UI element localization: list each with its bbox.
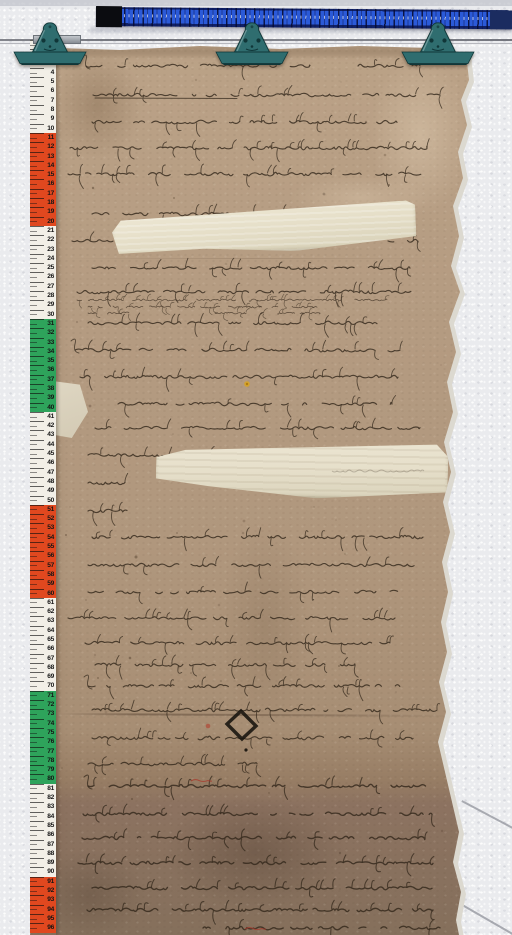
ruler-number: 78 xyxy=(47,757,54,764)
ruler-number: 95 xyxy=(47,915,54,922)
ruler-cell-28: 28 xyxy=(30,291,56,300)
ruler-number: 61 xyxy=(47,599,54,606)
ruler-number: 90 xyxy=(47,868,54,875)
fold-crease xyxy=(60,258,440,259)
ruler-number: 13 xyxy=(47,153,54,160)
ruler-cell-72: 72 xyxy=(30,700,56,709)
ruler-cell-94: 94 xyxy=(30,905,56,914)
manuscript-paper xyxy=(0,0,512,935)
ruler-number: 32 xyxy=(47,329,54,336)
ruler-number: 53 xyxy=(47,524,54,531)
ruler-cell-46: 46 xyxy=(30,458,56,467)
ruler-cell-4: 4 xyxy=(30,68,56,77)
ruler-number: 71 xyxy=(47,692,54,699)
ruler-number: 69 xyxy=(47,673,54,680)
ruler-number: 46 xyxy=(47,459,54,466)
ruler-number: 4 xyxy=(51,69,54,76)
ruler-number: 87 xyxy=(47,841,54,848)
ruler-cell-9: 9 xyxy=(30,114,56,123)
ruler-number: 38 xyxy=(47,385,54,392)
fold-crease xyxy=(58,713,456,717)
ruler-cell-96: 96 xyxy=(30,923,56,932)
ruler-cell-63: 63 xyxy=(30,616,56,625)
photo-scene: 1234567891011121314151617181920212223242… xyxy=(0,0,512,935)
ruler-cell-69: 69 xyxy=(30,672,56,681)
ruler-number: 12 xyxy=(47,143,54,150)
ruler-number: 60 xyxy=(47,590,54,597)
handwriting-layer xyxy=(0,0,512,935)
ruler-number: 75 xyxy=(47,729,54,736)
ruler-number: 28 xyxy=(47,292,54,299)
ruler-number: 7 xyxy=(51,97,54,104)
ruler-number: 73 xyxy=(47,710,54,717)
ruler-number: 22 xyxy=(47,236,54,243)
ruler-cell-10: 10 xyxy=(30,124,56,133)
ruler-cell-36: 36 xyxy=(30,365,56,374)
ruler-number: 92 xyxy=(47,887,54,894)
ruler-number: 18 xyxy=(47,199,54,206)
ruler-number: 72 xyxy=(47,701,54,708)
ruler-cell-62: 62 xyxy=(30,607,56,616)
ruler-cell-34: 34 xyxy=(30,347,56,356)
ruler-cell-6: 6 xyxy=(30,86,56,95)
ruler-cell-37: 37 xyxy=(30,375,56,384)
ruler-number: 43 xyxy=(47,431,54,438)
ruler-cell-24: 24 xyxy=(30,254,56,263)
ruler-number: 44 xyxy=(47,441,54,448)
ruler-number: 16 xyxy=(47,180,54,187)
ruler-cell-21: 21 xyxy=(30,226,56,235)
ruler-number: 42 xyxy=(47,422,54,429)
ruler-cell-32: 32 xyxy=(30,328,56,337)
ruler-number: 64 xyxy=(47,627,54,634)
ruler-cell-29: 29 xyxy=(30,300,56,309)
ruler-number: 83 xyxy=(47,803,54,810)
ruler-cell-95: 95 xyxy=(30,914,56,923)
ruler-cell-71: 71 xyxy=(30,691,56,700)
ruler-number: 55 xyxy=(47,543,54,550)
ruler-cell-64: 64 xyxy=(30,626,56,635)
ruler-number: 26 xyxy=(47,273,54,280)
ruler-number: 52 xyxy=(47,515,54,522)
ruler-number: 33 xyxy=(47,339,54,346)
ruler-number: 91 xyxy=(47,878,54,885)
ruler-number: 74 xyxy=(47,720,54,727)
ruler-cell-27: 27 xyxy=(30,282,56,291)
ruler-number: 10 xyxy=(47,125,54,132)
ruler-cell-55: 55 xyxy=(30,542,56,551)
ruler-cell-93: 93 xyxy=(30,895,56,904)
ruler-cell-91: 91 xyxy=(30,877,56,886)
ruler-number: 58 xyxy=(47,571,54,578)
ruler-cell-84: 84 xyxy=(30,812,56,821)
ruler-cell-42: 42 xyxy=(30,421,56,430)
ruler-number: 63 xyxy=(47,617,54,624)
ruler-number: 30 xyxy=(47,311,54,318)
ruler-number: 54 xyxy=(47,534,54,541)
ruler-cell-66: 66 xyxy=(30,644,56,653)
ruler-number: 31 xyxy=(47,320,54,327)
ruler-cell-47: 47 xyxy=(30,468,56,477)
ruler-number: 66 xyxy=(47,645,54,652)
ruler-cell-89: 89 xyxy=(30,858,56,867)
ruler-number: 36 xyxy=(47,366,54,373)
ruler-cell-39: 39 xyxy=(30,393,56,402)
repair-patch-middle xyxy=(155,439,448,501)
ruler-cell-38: 38 xyxy=(30,384,56,393)
ruler-cell-83: 83 xyxy=(30,802,56,811)
ruler-number: 17 xyxy=(47,190,54,197)
ruler-cell-14: 14 xyxy=(30,161,56,170)
ruler-number: 29 xyxy=(47,301,54,308)
ruler-cell-90: 90 xyxy=(30,867,56,876)
ruler-cell-18: 18 xyxy=(30,198,56,207)
ruler-number: 82 xyxy=(47,794,54,801)
ruler-cell-23: 23 xyxy=(30,245,56,254)
ruler-number: 88 xyxy=(47,850,54,857)
ruler-cell-92: 92 xyxy=(30,886,56,895)
ruler-cell-61: 61 xyxy=(30,598,56,607)
ruler-number: 65 xyxy=(47,636,54,643)
ruler-number: 47 xyxy=(47,469,54,476)
ruler-number: 57 xyxy=(47,562,54,569)
ruler-number: 11 xyxy=(48,134,54,141)
ruler-cell-16: 16 xyxy=(30,179,56,188)
ruler-cell-19: 19 xyxy=(30,207,56,216)
ruler-cell-41: 41 xyxy=(30,412,56,421)
ruler-number: 8 xyxy=(51,106,54,113)
ruler-number: 80 xyxy=(47,775,54,782)
ruler-cell-30: 30 xyxy=(30,310,56,319)
ruler-cell-13: 13 xyxy=(30,152,56,161)
ruler-number: 89 xyxy=(47,859,54,866)
ruler-number: 85 xyxy=(47,822,54,829)
ruler-cell-45: 45 xyxy=(30,449,56,458)
ruler-number: 93 xyxy=(47,896,54,903)
ruler-number: 48 xyxy=(47,478,54,485)
ruler-number: 24 xyxy=(47,255,54,262)
ruler-number: 34 xyxy=(47,348,54,355)
repair-patch-top xyxy=(111,200,417,258)
ruler-cell-77: 77 xyxy=(30,747,56,756)
seal-and-marks-layer xyxy=(0,0,512,935)
ruler-cell-82: 82 xyxy=(30,793,56,802)
ruler-number: 62 xyxy=(47,608,54,615)
ruler-cell-12: 12 xyxy=(30,142,56,151)
ruler-cell-40: 40 xyxy=(30,403,56,412)
ruler-number: 41 xyxy=(47,413,54,420)
ruler-number: 9 xyxy=(51,115,54,122)
binder-clip-2 xyxy=(212,22,292,66)
ruler-number: 70 xyxy=(47,682,54,689)
ruler-cell-74: 74 xyxy=(30,719,56,728)
ruler-cell-76: 76 xyxy=(30,737,56,746)
tape-number-markings xyxy=(96,14,512,20)
paper-stain xyxy=(165,795,345,910)
vertical-ruler: 1234567891011121314151617181920212223242… xyxy=(30,40,56,935)
ruler-cell-54: 54 xyxy=(30,533,56,542)
ruler-number: 39 xyxy=(47,394,54,401)
ruler-cell-86: 86 xyxy=(30,830,56,839)
ruler-number: 68 xyxy=(47,664,54,671)
ruler-cell-43: 43 xyxy=(30,430,56,439)
binder-clip-1 xyxy=(10,22,90,66)
ruler-number: 79 xyxy=(47,766,54,773)
ruler-cell-15: 15 xyxy=(30,170,56,179)
ruler-cell-26: 26 xyxy=(30,272,56,281)
ruler-cell-44: 44 xyxy=(30,440,56,449)
ruler-cell-22: 22 xyxy=(30,235,56,244)
ruler-cell-53: 53 xyxy=(30,523,56,532)
ruler-cell-48: 48 xyxy=(30,477,56,486)
ruler-number: 40 xyxy=(47,404,54,411)
ruler-cell-70: 70 xyxy=(30,681,56,690)
ruler-number: 76 xyxy=(47,738,54,745)
ruler-cell-50: 50 xyxy=(30,496,56,505)
ruler-cell-51: 51 xyxy=(30,505,56,514)
ruler-cell-80: 80 xyxy=(30,774,56,783)
ruler-cell-17: 17 xyxy=(30,189,56,198)
ruler-number: 50 xyxy=(47,497,54,504)
ruler-cell-88: 88 xyxy=(30,849,56,858)
paper-stain xyxy=(52,50,142,160)
ruler-cell-75: 75 xyxy=(30,728,56,737)
ruler-number: 15 xyxy=(47,171,54,178)
ruler-cell-81: 81 xyxy=(30,784,56,793)
ruler-cell-57: 57 xyxy=(30,561,56,570)
ruler-number: 86 xyxy=(47,831,54,838)
ruler-number: 21 xyxy=(47,227,54,234)
ruler-cell-59: 59 xyxy=(30,579,56,588)
ruler-number: 94 xyxy=(47,906,54,913)
ruler-number: 81 xyxy=(47,785,54,792)
ruler-cell-49: 49 xyxy=(30,486,56,495)
ruler-number: 14 xyxy=(47,162,54,169)
ruler-number: 23 xyxy=(47,246,54,253)
ruler-number: 35 xyxy=(47,357,54,364)
ruler-number: 67 xyxy=(47,655,54,662)
ruler-cell-65: 65 xyxy=(30,635,56,644)
ruler-cell-20: 20 xyxy=(30,217,56,226)
wall-top-shadow xyxy=(0,0,512,6)
ruler-cell-8: 8 xyxy=(30,105,56,114)
ruler-cell-11: 11 xyxy=(30,133,56,142)
ruler-cell-52: 52 xyxy=(30,514,56,523)
ruler-number: 77 xyxy=(47,748,54,755)
ruler-number: 5 xyxy=(51,78,54,85)
ruler-number: 6 xyxy=(51,87,54,94)
ruler-cell-60: 60 xyxy=(30,589,56,598)
ruler-cell-79: 79 xyxy=(30,765,56,774)
ruler-number: 56 xyxy=(47,552,54,559)
ruler-cell-31: 31 xyxy=(30,319,56,328)
ruler-cell-67: 67 xyxy=(30,654,56,663)
ruler-number: 27 xyxy=(47,283,54,290)
ruler-cell-33: 33 xyxy=(30,338,56,347)
ruler-cell-85: 85 xyxy=(30,821,56,830)
ruler-cell-56: 56 xyxy=(30,551,56,560)
ruler-number: 20 xyxy=(47,218,54,225)
ruler-cell-87: 87 xyxy=(30,840,56,849)
tape-end-cap xyxy=(96,6,122,27)
binder-clip-3 xyxy=(398,22,478,66)
ruler-cell-68: 68 xyxy=(30,663,56,672)
ruler-cell-25: 25 xyxy=(30,263,56,272)
ruler-number: 49 xyxy=(47,487,54,494)
ruler-cell-7: 7 xyxy=(30,96,56,105)
ruler-number: 45 xyxy=(47,450,54,457)
ruler-number: 25 xyxy=(47,264,54,271)
ruler-number: 51 xyxy=(47,506,54,513)
ruler-cell-58: 58 xyxy=(30,570,56,579)
paper-light-area xyxy=(290,175,430,220)
ruler-cell-78: 78 xyxy=(30,756,56,765)
paper-light-area xyxy=(370,55,470,215)
ruler-number: 96 xyxy=(47,924,54,931)
paper-stain xyxy=(220,520,310,730)
ruler-cell-5: 5 xyxy=(30,77,56,86)
ruler-number: 37 xyxy=(47,376,54,383)
tape-right-end xyxy=(490,10,512,29)
ruler-number: 19 xyxy=(47,208,54,215)
ruler-cell-35: 35 xyxy=(30,356,56,365)
ruler-number: 84 xyxy=(47,813,54,820)
ruler-number: 59 xyxy=(47,580,54,587)
ruler-cell-73: 73 xyxy=(30,709,56,718)
